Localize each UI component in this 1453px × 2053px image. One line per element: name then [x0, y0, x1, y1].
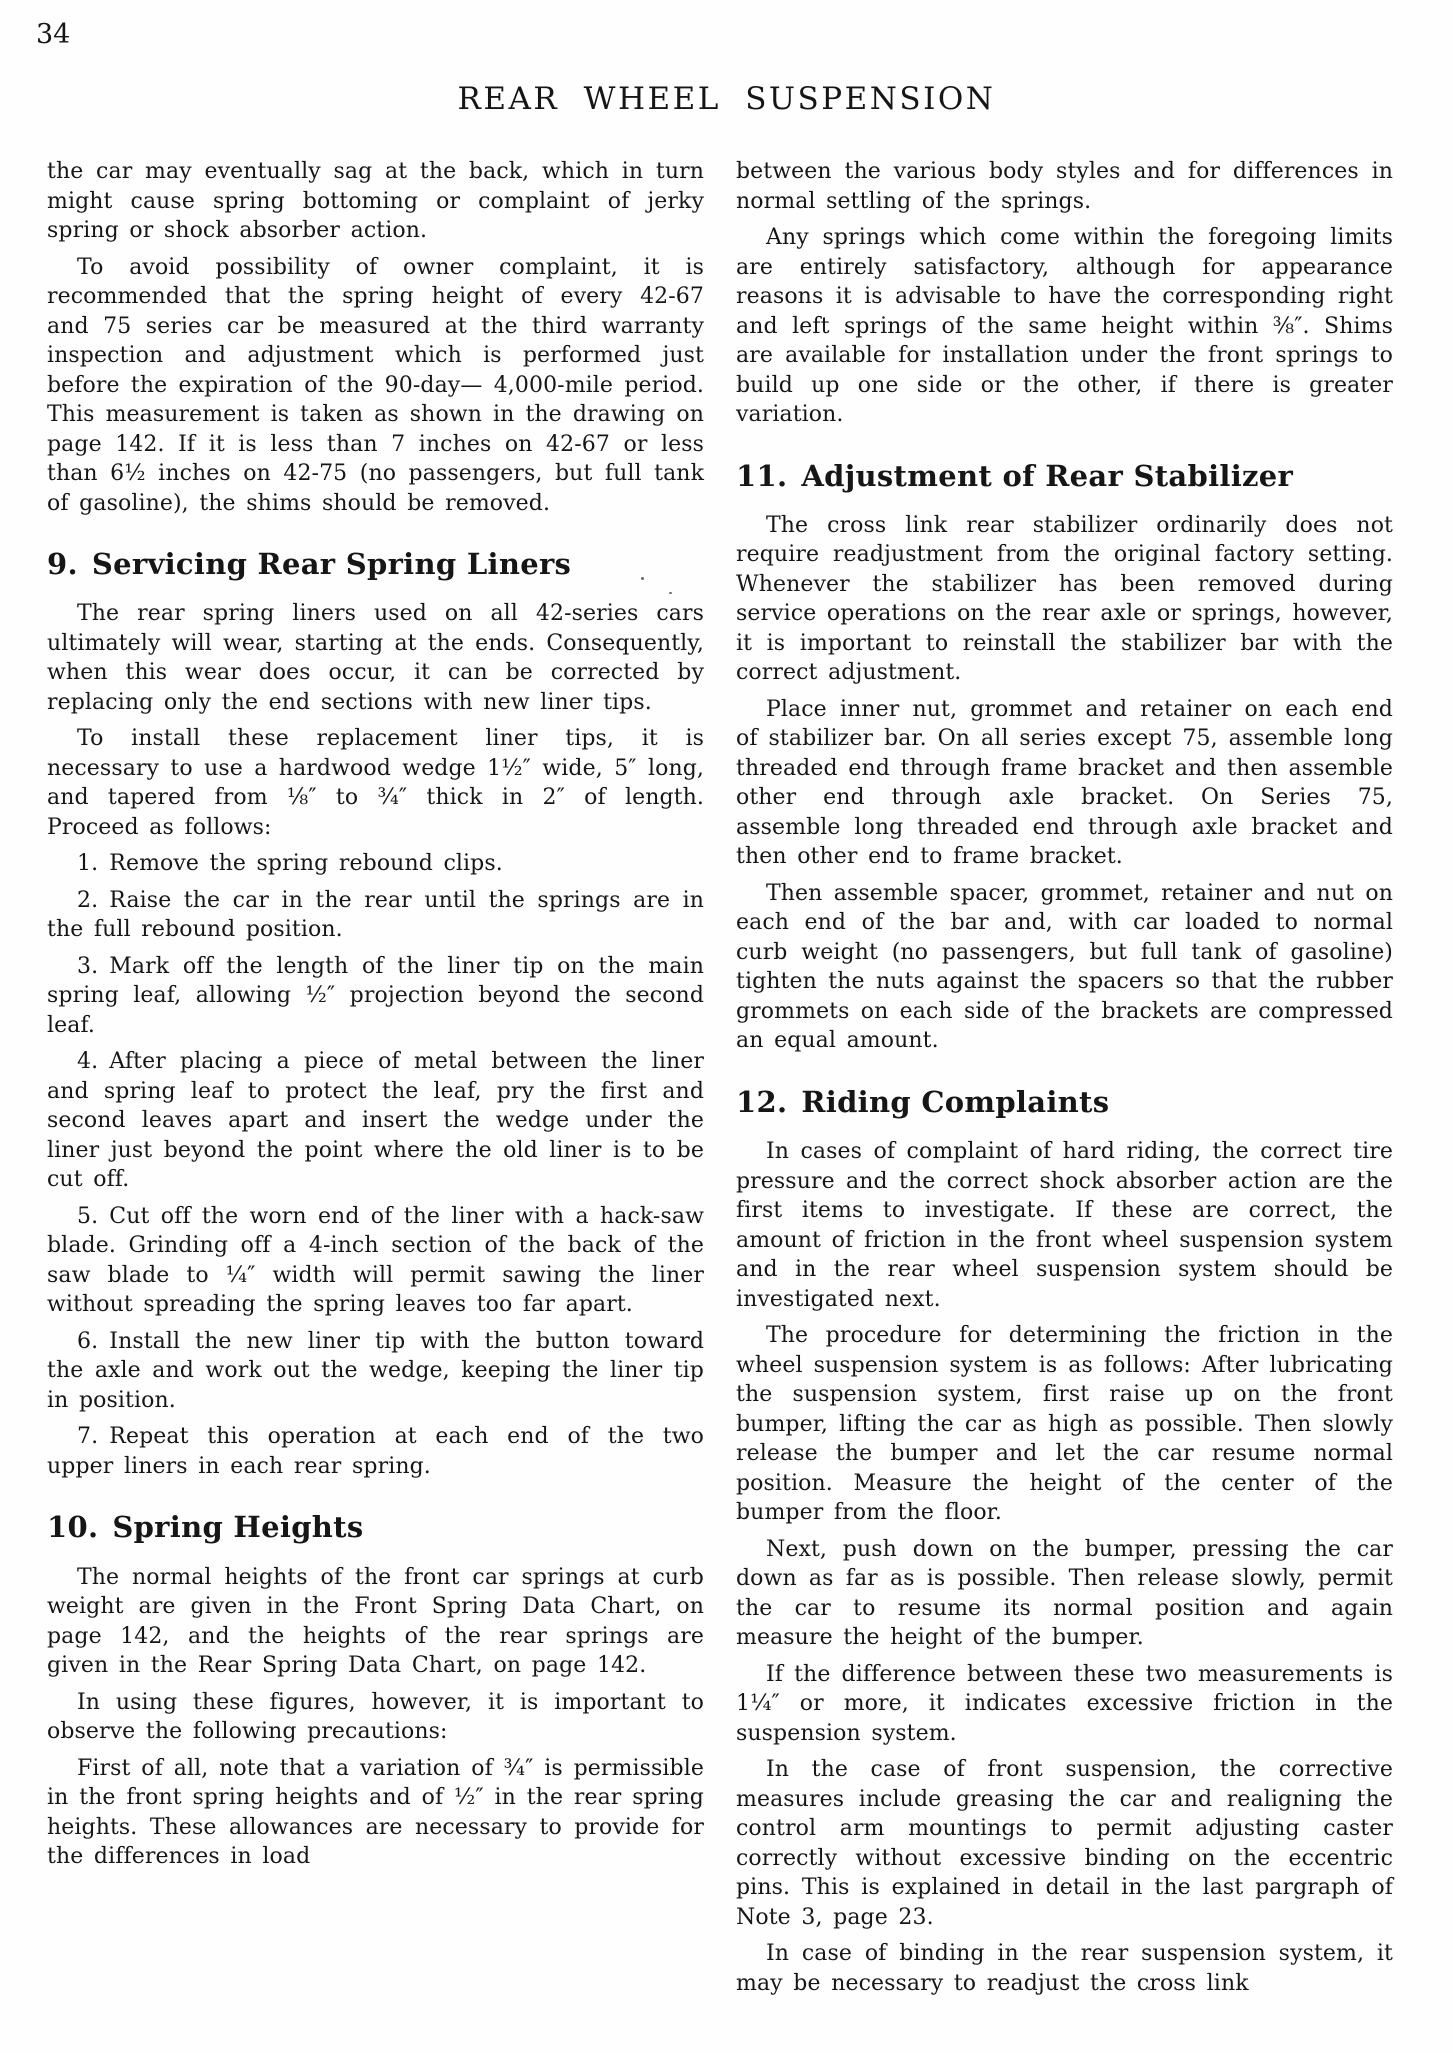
paragraph: Next, push down on the bumper, pressing … — [736, 1535, 1393, 1653]
paragraph: In the case of front suspension, the cor… — [736, 1755, 1393, 1932]
numbered-step: 1. Remove the spring rebound clips. — [47, 849, 704, 879]
paragraph: The rear spring liners used on all 42-se… — [47, 599, 704, 717]
paragraph: Any springs which come within the forego… — [736, 223, 1393, 430]
section-number: 12. — [736, 1085, 787, 1119]
page-title: REAR WHEEL SUSPENSION — [0, 82, 1453, 116]
page-number: 34 — [36, 20, 70, 50]
right-column: between the various body styles and for … — [736, 157, 1393, 2005]
section-number: 10. — [47, 1510, 98, 1544]
section-title: Riding Complaints — [801, 1085, 1109, 1119]
section-title: Spring Heights — [112, 1510, 363, 1544]
paragraph: First of all, note that a variation of ¾… — [47, 1754, 704, 1872]
two-column-layout: the car may eventually sag at the back, … — [47, 157, 1393, 2005]
numbered-step: 6. Install the new liner tip with the bu… — [47, 1327, 704, 1416]
paragraph: To install these replacement liner tips,… — [47, 724, 704, 842]
paragraph: In using these figures, however, it is i… — [47, 1688, 704, 1747]
paragraph: If the difference between these two meas… — [736, 1660, 1393, 1749]
section-heading: 10.Spring Heights — [47, 1511, 704, 1544]
paragraph: To avoid possibility of owner complaint,… — [47, 253, 704, 519]
print-speck — [1148, 1987, 1150, 1990]
numbered-step: 4. After placing a piece of metal betwee… — [47, 1047, 704, 1195]
numbered-step: 3. Mark off the length of the liner tip … — [47, 952, 704, 1041]
section-heading: 9.Servicing Rear Spring Liners — [47, 548, 704, 581]
manual-page: 34 REAR WHEEL SUSPENSION the car may eve… — [0, 0, 1453, 2053]
paragraph: The cross link rear stabilizer ordinaril… — [736, 511, 1393, 688]
paragraph: In cases of complaint of hard riding, th… — [736, 1137, 1393, 1314]
print-speck — [641, 577, 644, 580]
numbered-step: 5. Cut off the worn end of the liner wit… — [47, 1202, 704, 1320]
section-title: Servicing Rear Spring Liners — [92, 547, 571, 581]
section-number: 11. — [736, 459, 787, 493]
section-title: Adjustment of Rear Stabilizer — [801, 459, 1293, 493]
section-heading: 12.Riding Complaints — [736, 1086, 1393, 1119]
paragraph: Place inner nut, grommet and retainer on… — [736, 695, 1393, 872]
paragraph: the car may eventually sag at the back, … — [47, 157, 704, 246]
paragraph: The normal heights of the front car spri… — [47, 1563, 704, 1681]
print-speck — [669, 592, 672, 594]
paragraph: Then assemble spacer, grommet, retainer … — [736, 879, 1393, 1056]
numbered-step: 7. Repeat this operation at each end of … — [47, 1422, 704, 1481]
paragraph: In case of binding in the rear suspensio… — [736, 1939, 1393, 1998]
numbered-step: 2. Raise the car in the rear until the s… — [47, 886, 704, 945]
section-heading: 11.Adjustment of Rear Stabilizer — [736, 460, 1393, 493]
section-number: 9. — [47, 547, 78, 581]
paragraph: The procedure for determining the fricti… — [736, 1321, 1393, 1528]
paragraph: between the various body styles and for … — [736, 157, 1393, 216]
left-column: the car may eventually sag at the back, … — [47, 157, 704, 2005]
